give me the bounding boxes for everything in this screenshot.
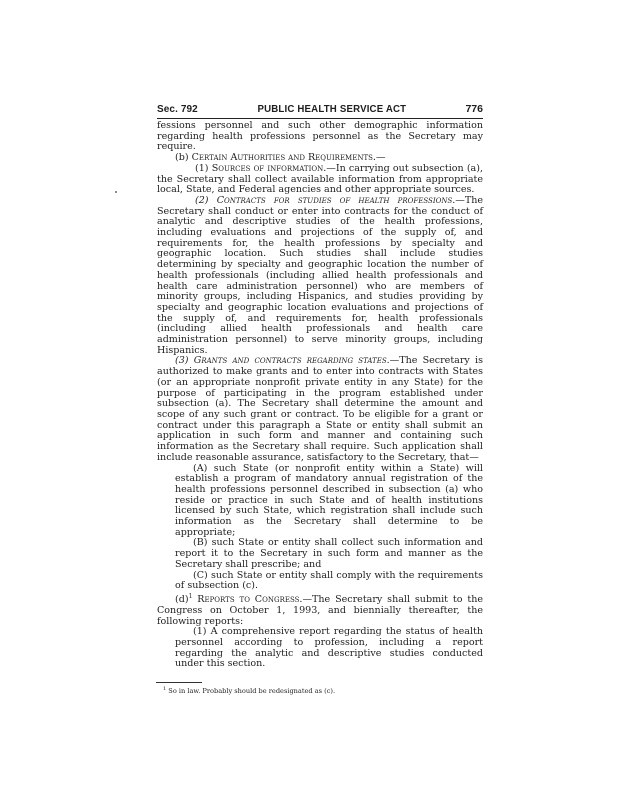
- paragraph-b2: (2) Contracts for studies of health prof…: [157, 196, 483, 357]
- paragraph-d1: (1) A comprehensive report regarding the…: [157, 627, 483, 670]
- clause-C: (C) such State or entity shall comply wi…: [157, 571, 483, 592]
- running-header: Sec. 792 PUBLIC HEALTH SERVICE ACT 776: [157, 103, 483, 119]
- paragraph-continued: fessions personnel and such other demogr…: [157, 121, 483, 153]
- footnote: 1 So in law. Probably should be redesign…: [163, 686, 483, 695]
- footnote-divider: [156, 682, 202, 683]
- footnote-ref: 1: [189, 593, 193, 600]
- scan-speck: [115, 191, 117, 193]
- document-page: Sec. 792 PUBLIC HEALTH SERVICE ACT 776 f…: [157, 103, 483, 695]
- clause-A: (A) such State (or nonprofit entity with…: [157, 464, 483, 539]
- clause-B: (B) such State or entity shall collect s…: [157, 538, 483, 570]
- paragraph-b3-heading: Grants and contracts regarding states.: [194, 355, 390, 366]
- paragraph-b1-heading: Sources of information.: [212, 163, 327, 174]
- section-number: Sec. 792: [157, 104, 198, 115]
- document-body: fessions personnel and such other demogr…: [157, 121, 483, 670]
- paragraph-b1: (1) Sources of information.—In carrying …: [157, 164, 483, 196]
- act-title: PUBLIC HEALTH SERVICE ACT: [257, 103, 406, 115]
- paragraph-b2-heading: Contracts for studies of health professi…: [217, 195, 456, 206]
- subsection-b-heading: Certain Authorities and Requirements.: [192, 152, 376, 163]
- page-number: 776: [465, 103, 483, 115]
- subsection-d-heading: Reports to Congress.: [197, 594, 302, 605]
- subsection-d: (d)1 Reports to Congress.—The Secretary …: [157, 592, 483, 627]
- paragraph-b3: (3) Grants and contracts regarding state…: [157, 356, 483, 463]
